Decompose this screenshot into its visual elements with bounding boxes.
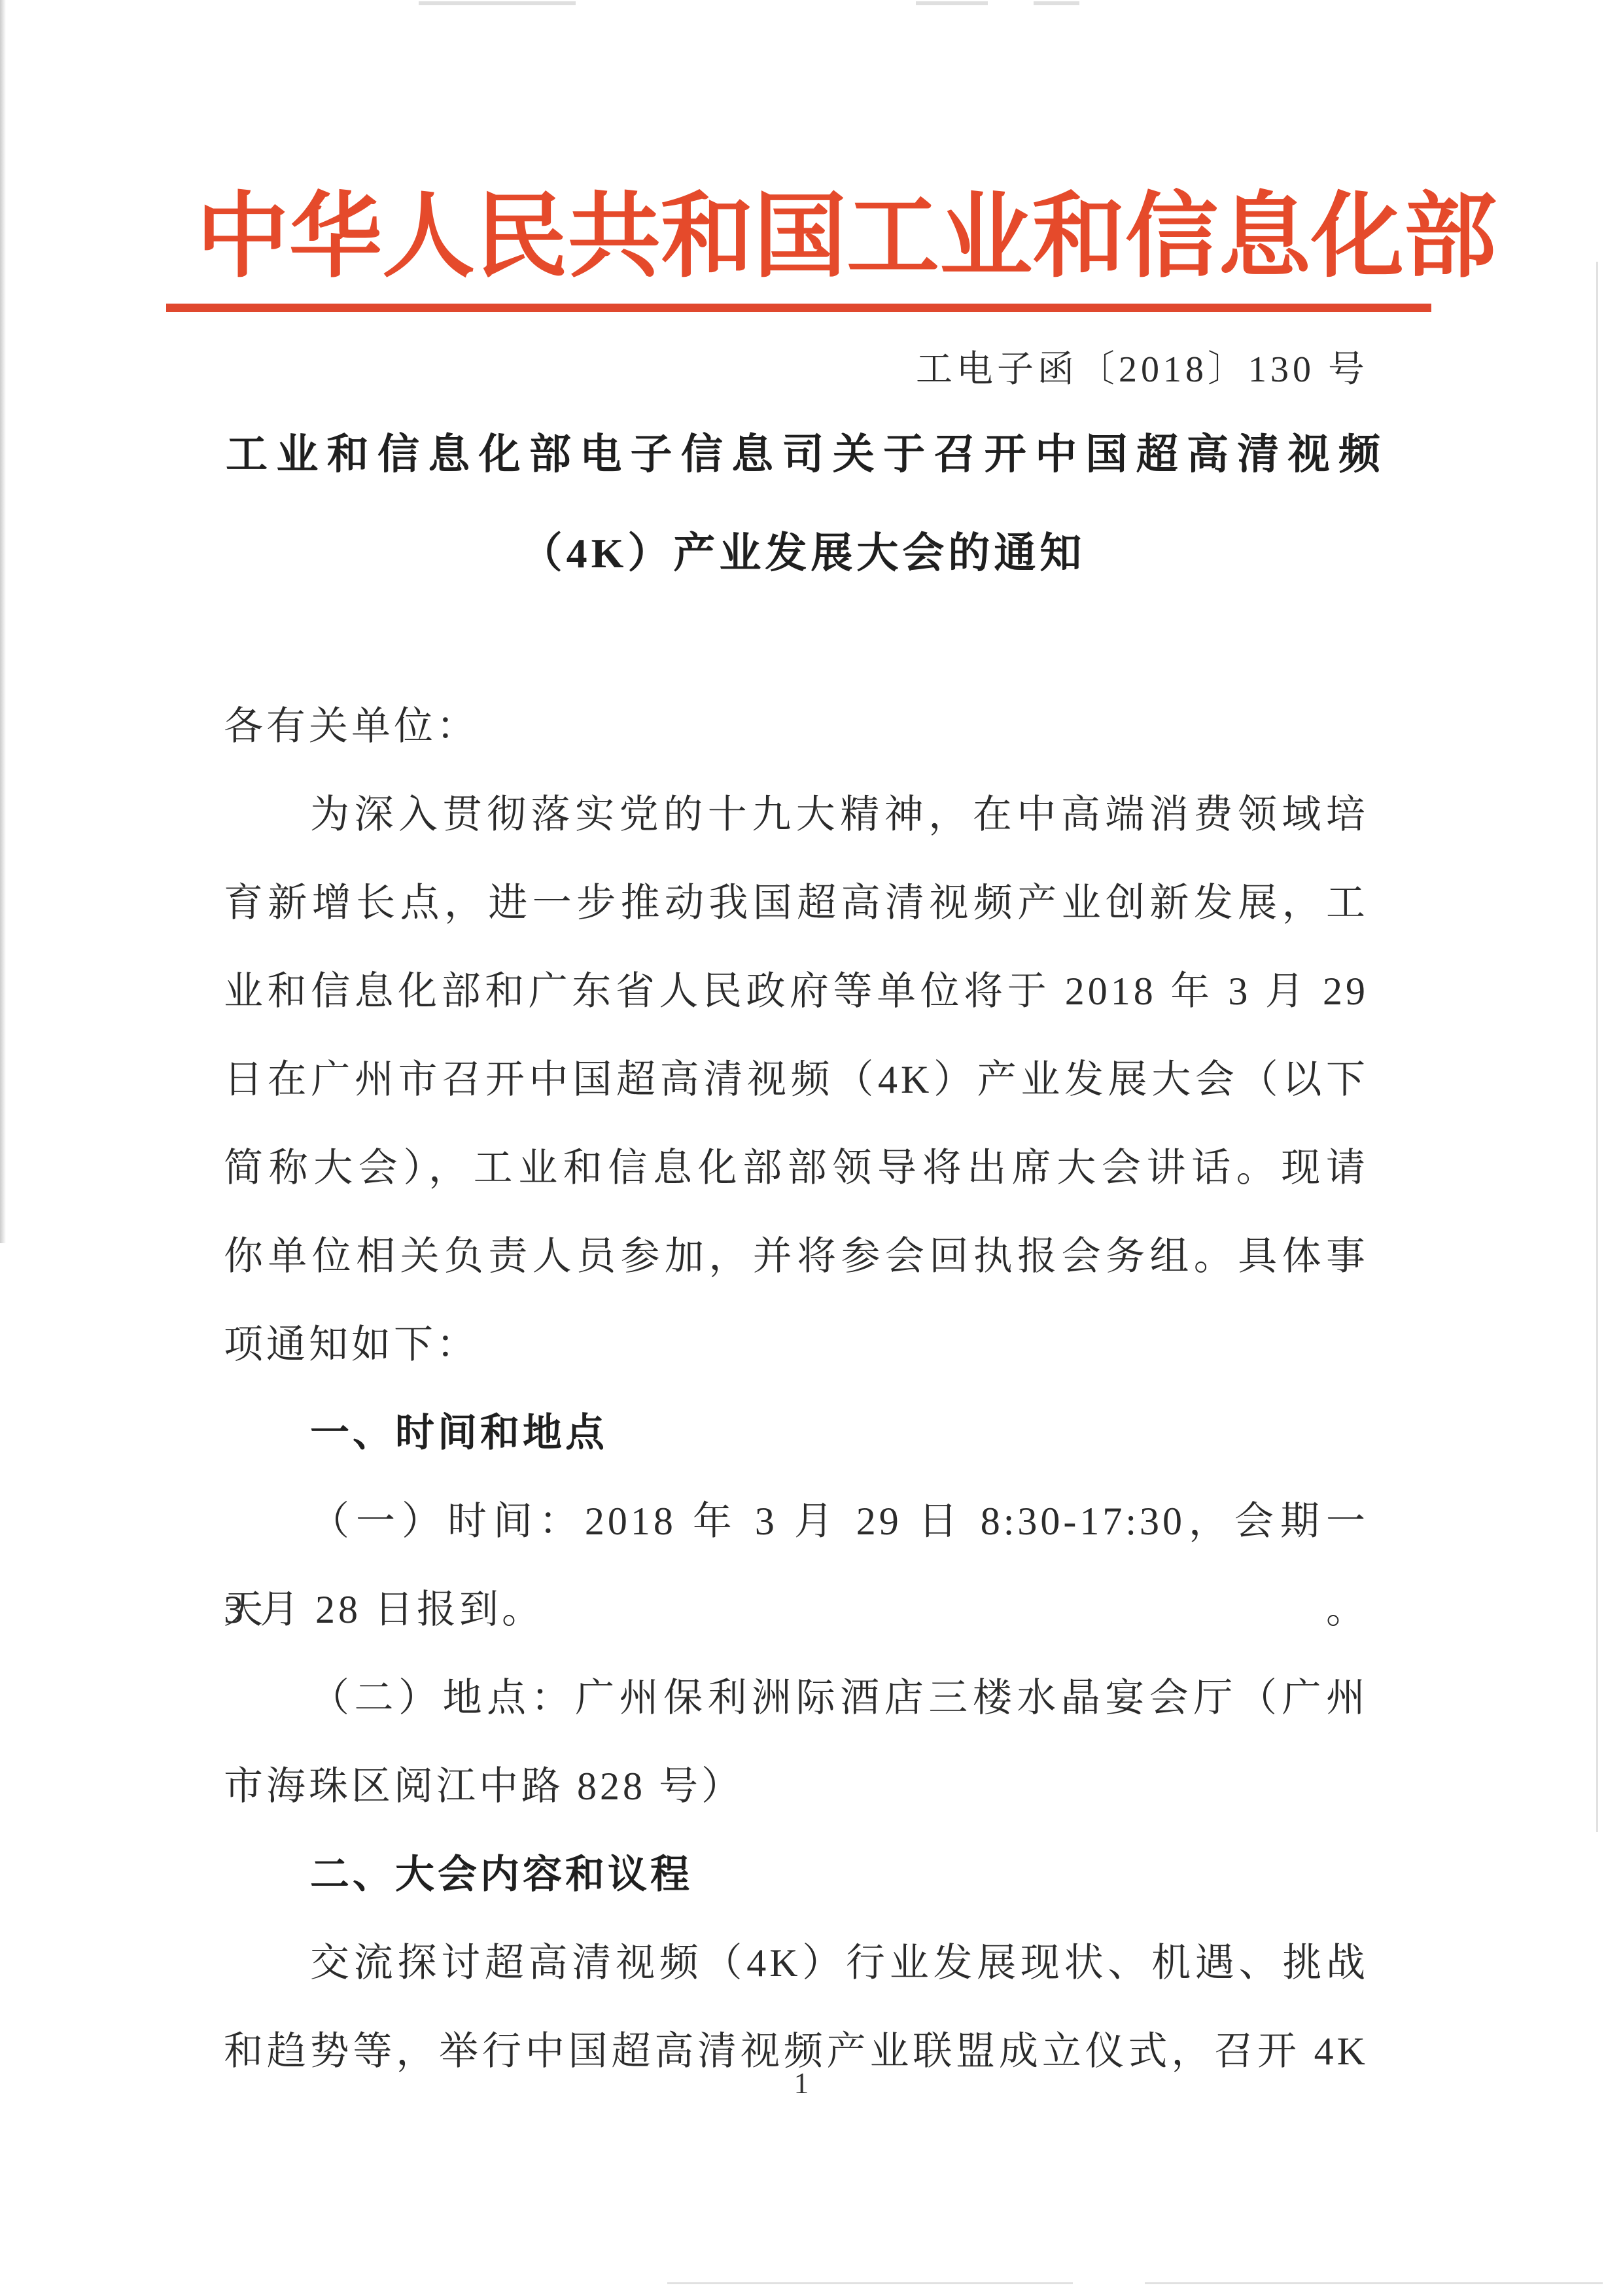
body-line: 简称大会），工业和信息化部部领导将出席大会讲话。现请 bbox=[224, 1124, 1369, 1212]
body-line: 市海珠区阅江中路 828 号） bbox=[224, 1742, 1369, 1831]
letterhead-rule bbox=[166, 304, 1431, 312]
scan-edge-right bbox=[1596, 262, 1598, 1832]
body-line: 各有关单位： bbox=[224, 682, 1369, 771]
scan-artifact bbox=[1034, 1, 1079, 5]
scan-artifact bbox=[1145, 2282, 1603, 2284]
body-line: （一）时间：2018 年 3 月 29 日 8:30-17:30，会期一天。 bbox=[224, 1477, 1369, 1566]
scan-artifact bbox=[667, 2282, 1073, 2284]
body-line: 项通知如下： bbox=[224, 1301, 1369, 1389]
scan-artifact bbox=[916, 1, 988, 5]
scan-edge-left bbox=[0, 0, 6, 1243]
notice-title-line2: （4K）产业发展大会的通知 bbox=[226, 527, 1380, 580]
scan-artifact bbox=[419, 1, 576, 5]
letterhead-title: 中华人民共和国工业和信息化部 bbox=[196, 185, 1393, 289]
notice-title-line1: 工业和信息化部电子信息司关于召开中国超高清视频 bbox=[226, 429, 1380, 481]
body-line: 育新增长点，进一步推动我国超高清视频产业创新发展，工 bbox=[224, 859, 1369, 947]
body-line: 日在广州市召开中国超高清视频（4K）产业发展大会（以下 bbox=[224, 1036, 1369, 1124]
body-line: 一、时间和地点 bbox=[224, 1389, 1369, 1477]
document-page: 中华人民共和国工业和信息化部 工电子函〔2018〕130 号 工业和信息化部电子… bbox=[0, 0, 1623, 2296]
body-lines: 各有关单位：为深入贯彻落实党的十九大精神，在中高端消费领域培育新增长点，进一步推… bbox=[224, 682, 1369, 2096]
body-line: （二）地点：广州保利洲际酒店三楼水晶宴会厅（广州 bbox=[224, 1654, 1369, 1742]
body-line: 二、大会内容和议程 bbox=[224, 1831, 1369, 1919]
body-line: 你单位相关负责人员参加，并将参会回执报会务组。具体事 bbox=[224, 1212, 1369, 1301]
document-number: 工电子函〔2018〕130 号 bbox=[224, 347, 1369, 393]
body-line: 为深入贯彻落实党的十九大精神，在中高端消费领域培 bbox=[224, 771, 1369, 859]
body-line: 业和信息化部和广东省人民政府等单位将于 2018 年 3 月 29 bbox=[224, 947, 1369, 1036]
body-line: 交流探讨超高清视频（4K）行业发展现状、机遇、挑战 bbox=[224, 1919, 1369, 2007]
page-number: 1 bbox=[0, 2066, 1603, 2100]
